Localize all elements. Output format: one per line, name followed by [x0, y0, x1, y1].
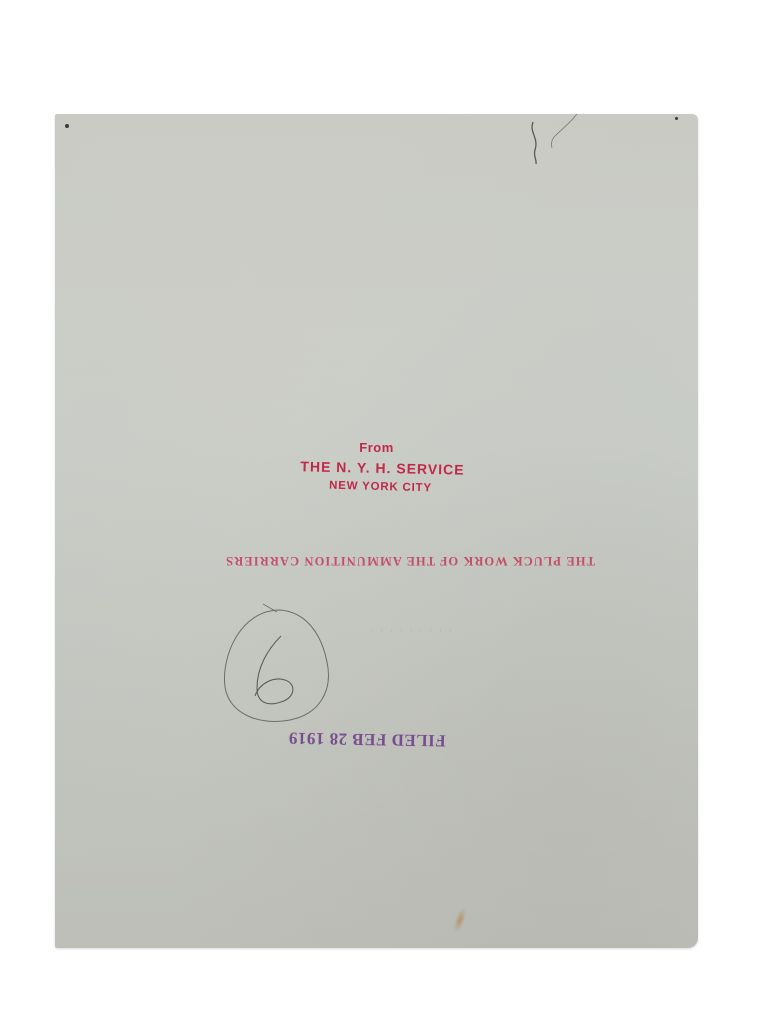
filed-date-stamp: FILED FEB 28 1919: [267, 727, 467, 750]
ink-spot: [675, 117, 678, 120]
circled-number-annotation: [215, 602, 345, 732]
paper-crease: [525, 114, 605, 174]
photo-back-card: From THE N. Y. H. SERVICE NEW YORK CITY …: [55, 114, 698, 948]
caption-stamp: THE PLUCK WORK OF THE AMMUNITION CARRIER…: [205, 553, 615, 568]
ink-spot: [65, 124, 69, 128]
paper-stain: [451, 906, 469, 934]
stamp-from-label: From: [55, 440, 698, 455]
